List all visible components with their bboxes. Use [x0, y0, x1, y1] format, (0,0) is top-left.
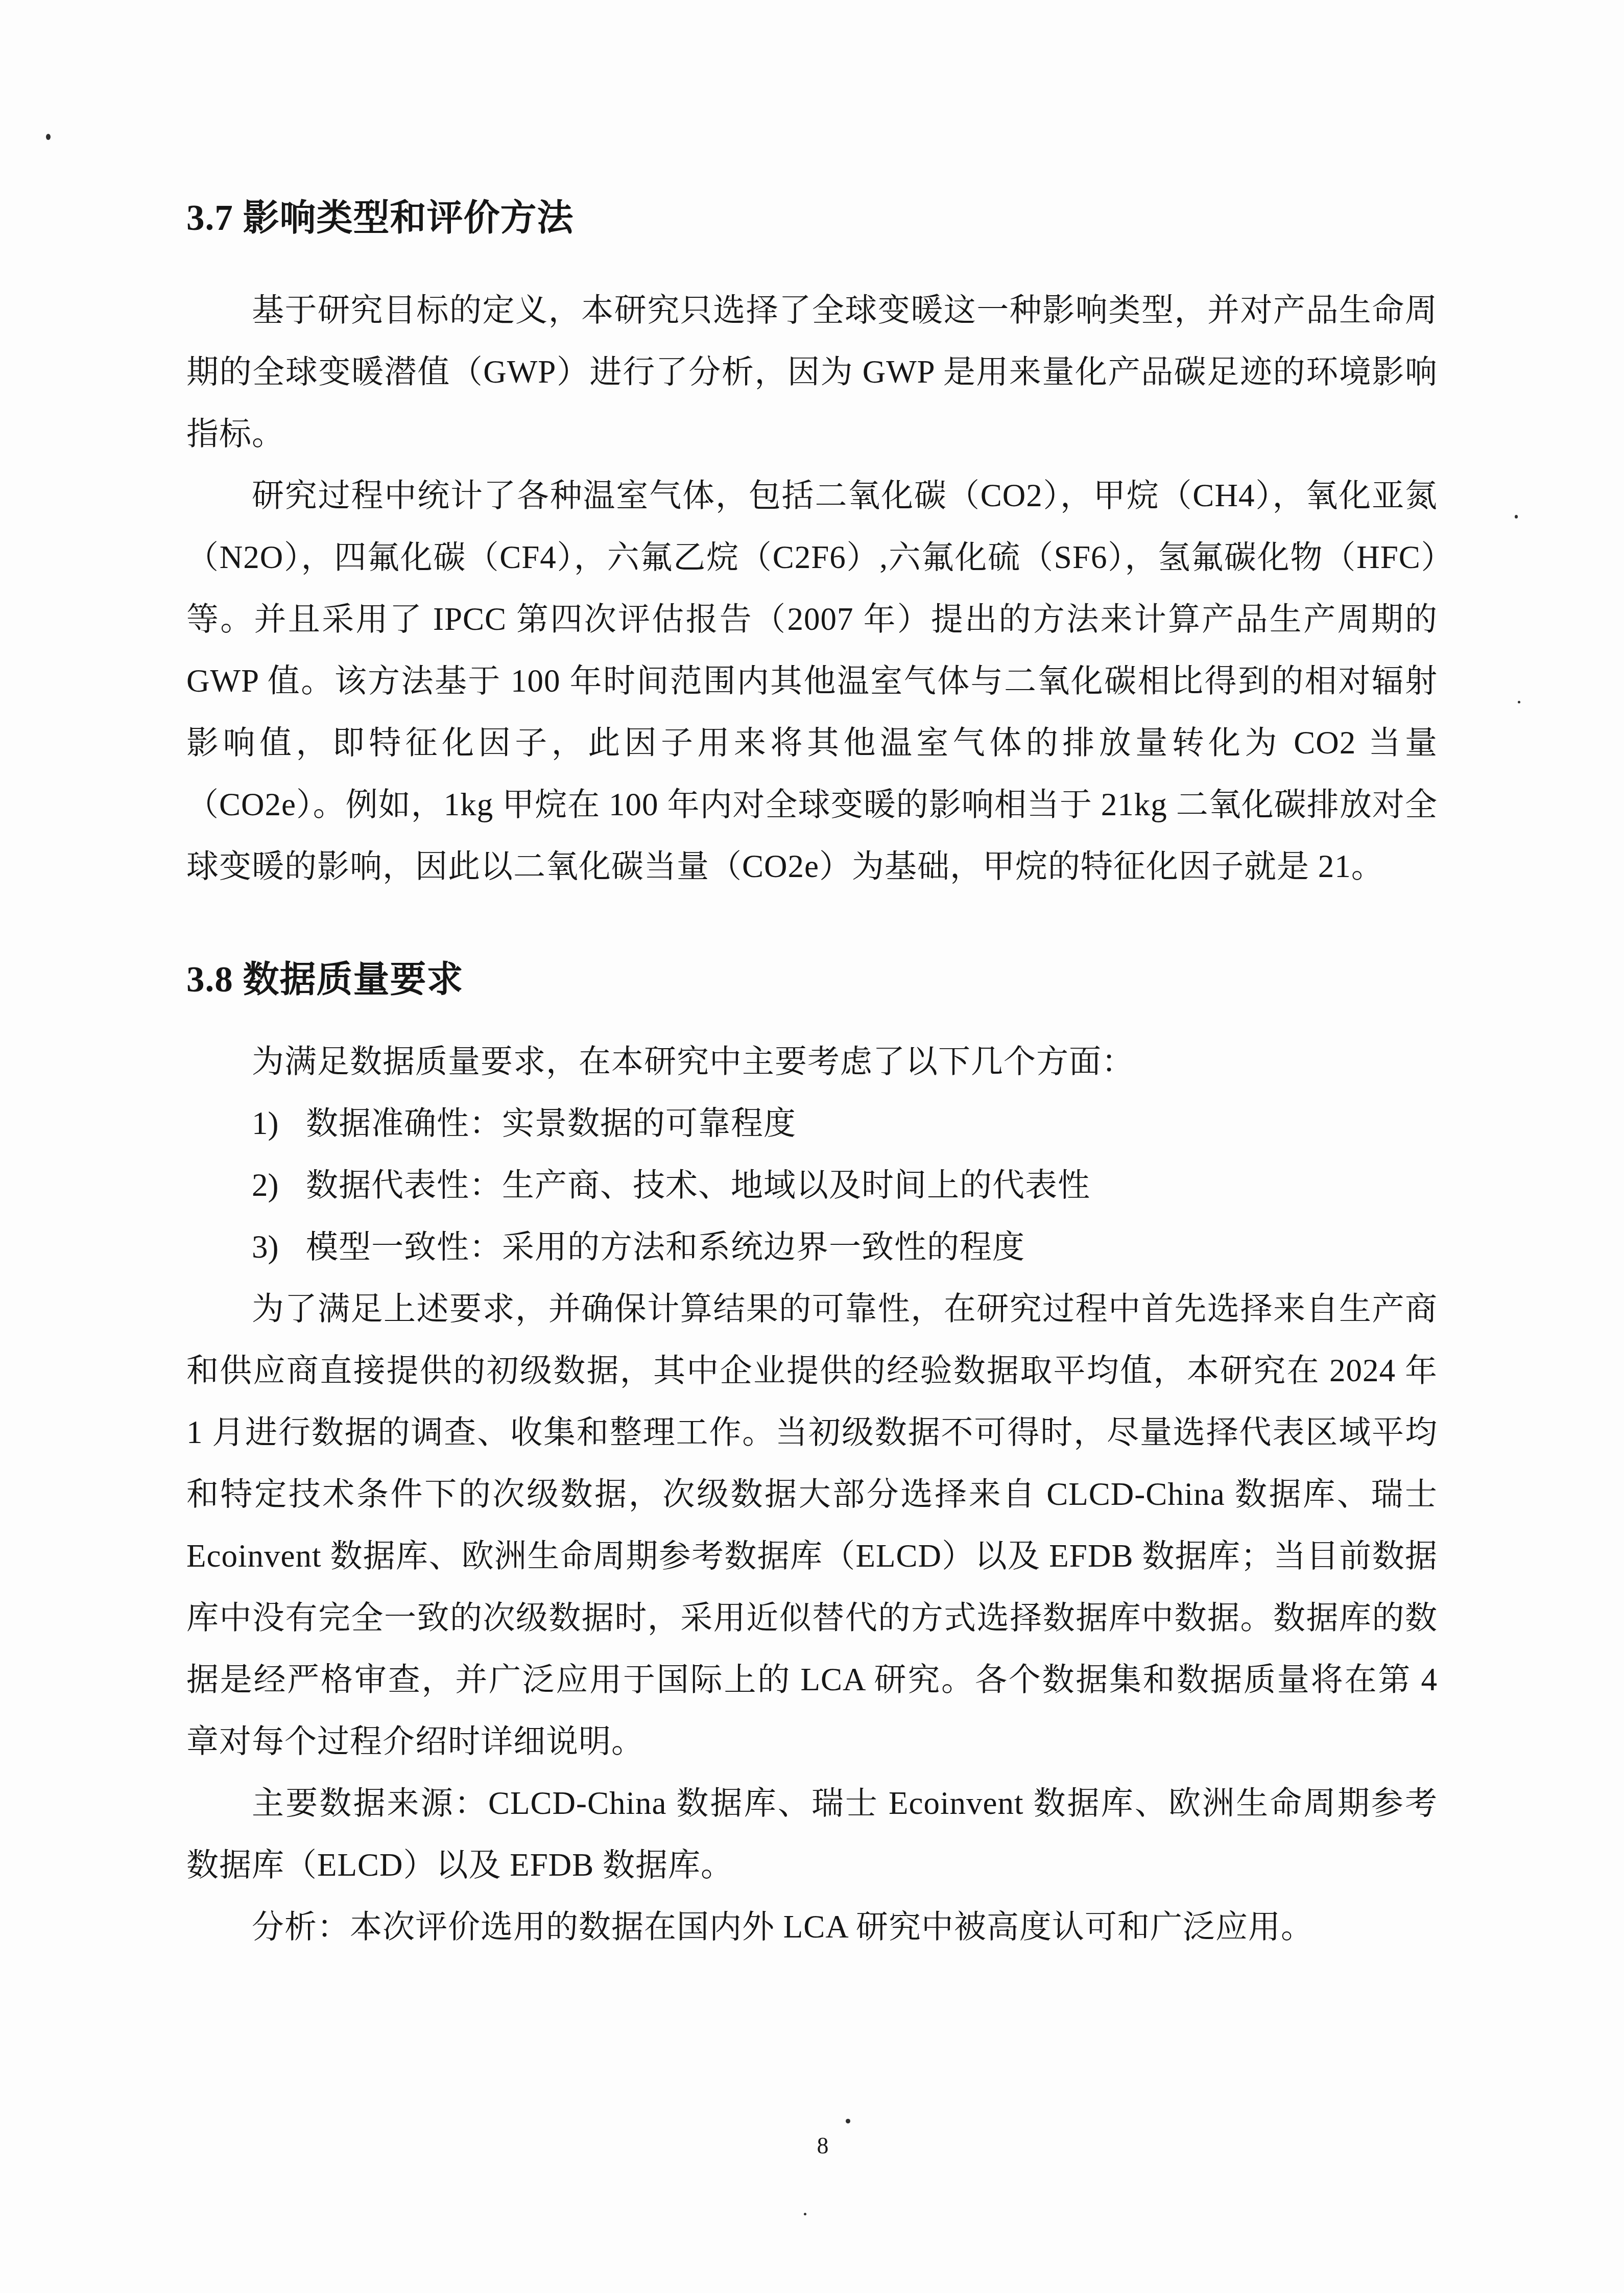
- list-item-text: 数据代表性：生产商、技术、地域以及时间上的代表性: [306, 1167, 1090, 1203]
- list-marker: 1): [252, 1093, 306, 1154]
- section-heading-3-7: 3.7 影响类型和评价方法: [186, 200, 1438, 237]
- list-item-accuracy: 1)数据准确性：实景数据的可靠程度: [186, 1093, 1438, 1154]
- list-item-text: 模型一致性：采用的方法和系统边界一致性的程度: [306, 1229, 1025, 1265]
- paragraph-gwp-selection: 基于研究目标的定义，本研究只选择了全球变暖这一种影响类型，并对产品生命周期的全球…: [186, 279, 1438, 465]
- scan-speck: [846, 2119, 850, 2123]
- page-number: 8: [0, 2134, 1624, 2158]
- list-marker: 2): [252, 1154, 306, 1216]
- scan-speck: [1515, 515, 1518, 518]
- list-marker: 3): [252, 1216, 306, 1278]
- list-item-text: 数据准确性：实景数据的可靠程度: [306, 1105, 796, 1141]
- paragraph-data-sources-detail: 为了满足上述要求，并确保计算结果的可靠性，在研究过程中首先选择来自生产商和供应商…: [186, 1278, 1438, 1772]
- scan-speck: [1518, 701, 1520, 703]
- list-item-representativeness: 2)数据代表性：生产商、技术、地域以及时间上的代表性: [186, 1154, 1438, 1216]
- scan-speck: [804, 2213, 806, 2215]
- scan-speck: [46, 134, 51, 140]
- section-heading-3-8: 3.8 数据质量要求: [186, 962, 1438, 998]
- paragraph-analysis: 分析：本次评价选用的数据在国内外 LCA 研究中被高度认可和广泛应用。: [186, 1896, 1438, 1958]
- paragraph-greenhouse-gases: 研究过程中统计了各种温室气体，包括二氧化碳（CO2），甲烷（CH4），氧化亚氮（…: [186, 465, 1438, 897]
- document-page: 3.7 影响类型和评价方法 基于研究目标的定义，本研究只选择了全球变暖这一种影响…: [0, 0, 1624, 2293]
- paragraph-main-data-sources: 主要数据来源：CLCD-China 数据库、瑞士 Ecoinvent 数据库、欧…: [186, 1772, 1438, 1896]
- paragraph-data-quality-intro: 为满足数据质量要求，在本研究中主要考虑了以下几个方面：: [186, 1031, 1438, 1093]
- list-item-model-consistency: 3)模型一致性：采用的方法和系统边界一致性的程度: [186, 1216, 1438, 1278]
